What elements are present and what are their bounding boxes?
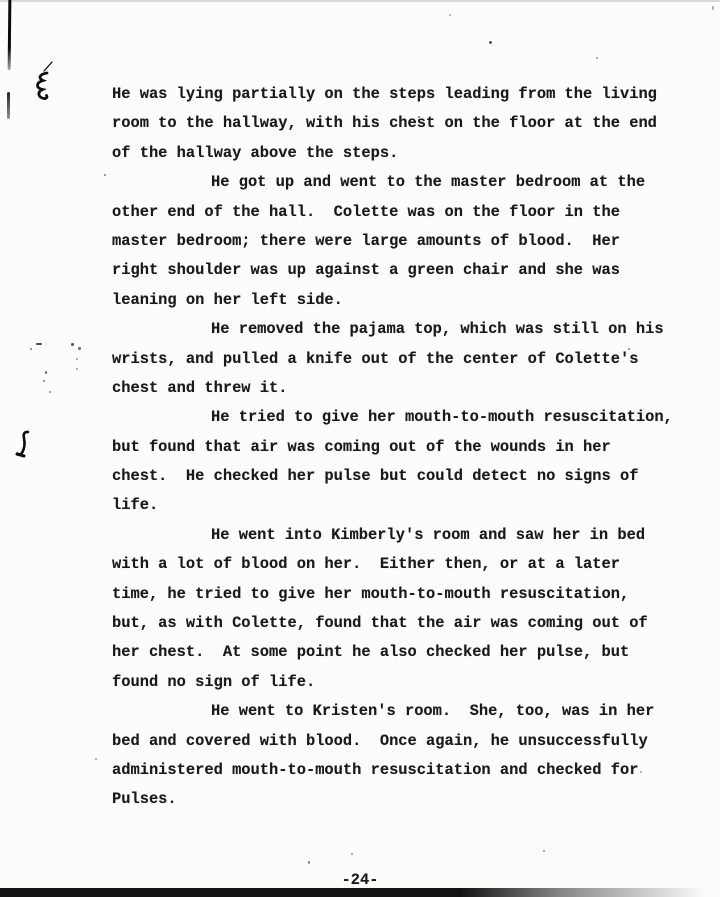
scan-speck — [95, 758, 97, 760]
scan-speck — [104, 174, 106, 176]
document-body: He was lying partially on the steps lead… — [112, 87, 702, 822]
text-line: other end of the hall. Colette was on th… — [112, 205, 702, 234]
scan-speck — [489, 41, 492, 44]
text-line: He was lying partially on the steps lead… — [112, 87, 702, 116]
scan-speck — [449, 14, 451, 16]
text-line: of the hallway above the steps. — [112, 146, 702, 175]
handwritten-brace-mark-icon — [32, 59, 54, 103]
text-line: chest and threw it. — [112, 381, 702, 410]
scan-speck — [49, 391, 51, 393]
text-line: chest. He checked her pulse but could de… — [112, 469, 702, 498]
top-scan-edge-line — [0, 0, 720, 2]
text-line: He got up and went to the master bedroom… — [112, 175, 702, 204]
text-line: He tried to give her mouth-to-mouth resu… — [112, 410, 702, 439]
text-line: right shoulder was up against a green ch… — [112, 263, 702, 292]
scan-speck — [36, 343, 42, 345]
scan-speck — [596, 57, 598, 59]
left-scan-edge-line — [8, 0, 12, 70]
text-line: He removed the pajama top, which was sti… — [112, 322, 702, 351]
scan-speck — [71, 343, 74, 346]
text-line: room to the hallway, with his chest on t… — [112, 116, 702, 145]
scan-speck — [76, 358, 78, 360]
text-line: leaning on her left side. — [112, 293, 702, 322]
text-line: He went to Kristen's room. She, too, was… — [112, 704, 702, 733]
text-line: but, as with Colette, found that the air… — [112, 616, 702, 645]
handwritten-brace-mark-icon — [15, 429, 33, 459]
page-number: -24- — [0, 871, 720, 889]
text-line: found no sign of life. — [112, 675, 702, 704]
scan-speck — [30, 348, 32, 350]
text-line: her chest. At some point he also checked… — [112, 645, 702, 674]
scan-speck — [543, 850, 545, 852]
text-line: Pulses. — [112, 792, 702, 821]
text-line: time, he tried to give her mouth-to-mout… — [112, 587, 702, 616]
bottom-scan-bar — [0, 888, 720, 897]
text-line: wrists, and pulled a knife out of the ce… — [112, 352, 702, 381]
scan-speck — [45, 371, 47, 374]
scan-speck — [43, 380, 45, 382]
scan-speck — [78, 347, 81, 350]
left-scan-edge-line-segment — [7, 92, 10, 119]
scan-speck — [308, 861, 310, 864]
scan-speck — [351, 853, 353, 855]
scanned-document-page: He was lying partially on the steps lead… — [0, 0, 720, 897]
text-line: life. — [112, 498, 702, 527]
text-line: with a lot of blood on her. Either then,… — [112, 557, 702, 586]
text-line: administered mouth-to-mouth resuscitatio… — [112, 763, 702, 792]
text-line: He went into Kimberly's room and saw her… — [112, 528, 702, 557]
text-line: master bedroom; there were large amounts… — [112, 234, 702, 263]
scan-speck — [76, 368, 78, 370]
scan-speck — [712, 6, 714, 10]
text-line: bed and covered with blood. Once again, … — [112, 734, 702, 763]
text-line: but found that air was coming out of the… — [112, 440, 702, 469]
